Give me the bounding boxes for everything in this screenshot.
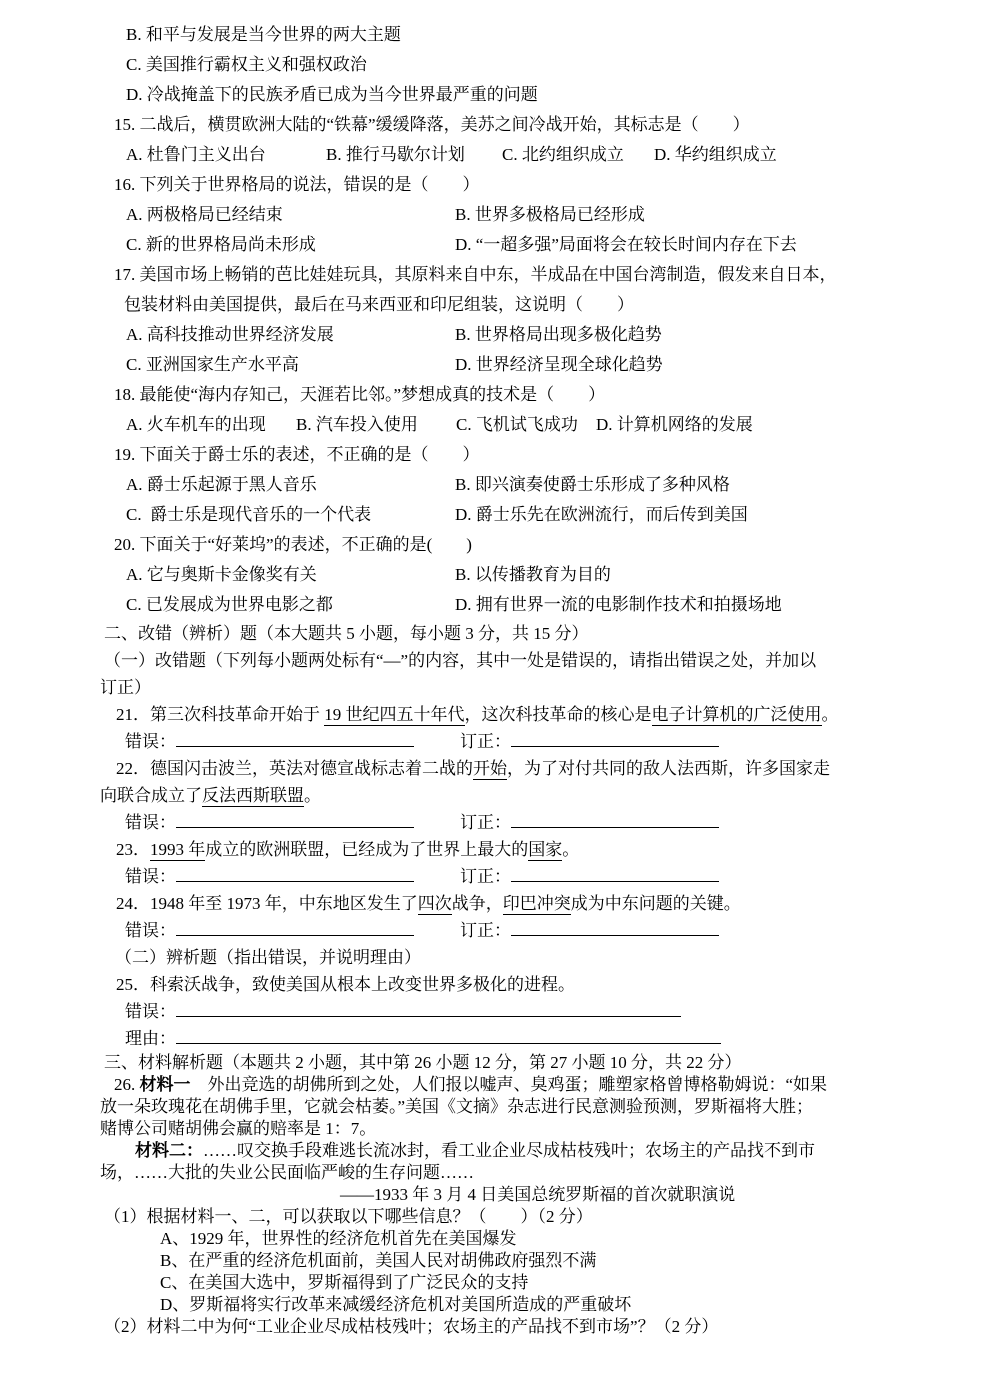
q21-text: 。 xyxy=(822,705,839,724)
q26-material1-line2: 放一朵玫瑰花在胡佛手里，它就会枯萎。”美国《文摘》杂志进行民意测验预测，罗斯福将… xyxy=(100,1096,901,1118)
question-15-options: A. 杜鲁门主义出台B. 推行马歇尔计划C. 北约组织成立D. 华约组织成立 xyxy=(100,140,901,170)
multiple-choice-section: B. 和平与发展是当今世界的两大主题 C. 美国推行霸权主义和强权政治 D. 冷… xyxy=(100,20,901,620)
error-label: 错误： xyxy=(125,921,176,940)
section-2-heading: 二、改错（辨析）题（本大题共 5 小题，每小题 3 分，共 15 分） xyxy=(100,620,901,647)
material-2-text: ……叹交换手段难逃长流冰封，看工业企业尽成枯枝残叶；农场主的产品找不到市 xyxy=(203,1141,815,1160)
q20-option-c: C. 已发展成为世界电影之都 xyxy=(126,590,455,620)
question-20-stem: 20. 下面关于“好莱坞”的表述，不正确的是( ) xyxy=(100,530,901,560)
question-16-stem: 16. 下列关于世界格局的说法，错误的是（ ） xyxy=(100,170,901,200)
question-19-options-row2: C. 爵士乐是现代音乐的一个代表D. 爵士乐先在欧洲流行，而后传到美国 xyxy=(100,500,901,530)
q18-option-a: A. 火车机车的出现 xyxy=(126,410,296,440)
correction-intro-line1: （一）改错题（下列每小题两处标有“—”的内容，其中一处是错误的，请指出错误之处，… xyxy=(100,647,901,674)
q23-stem: 23．1993 年成立的欧洲联盟，已经成为了世界上最大的国家。 xyxy=(100,836,901,863)
q20-option-d: D. 拥有世界一流的电影制作技术和拍摄场地 xyxy=(455,595,782,614)
question-19-options-row1: A. 爵士乐起源于黑人音乐B. 即兴演奏使爵士乐形成了多种风格 xyxy=(100,470,901,500)
q26-sub1-option-a: A、1929 年，世界性的经济危机首先在美国爆发 xyxy=(100,1228,901,1250)
q21-underlined-1: 19 世纪四五十年代 xyxy=(324,705,464,726)
material-source-line: ——1933 年 3 月 4 日美国总统罗斯福的首次就职演说 xyxy=(100,1184,901,1206)
error-blank-line xyxy=(176,812,414,828)
error-blank-line xyxy=(176,866,414,882)
correct-label: 订正： xyxy=(460,732,511,751)
error-label: 错误： xyxy=(125,732,176,751)
q21-text: ，这次科技革命的核心是 xyxy=(465,705,652,724)
q17-option-b: B. 世界格局出现多极化趋势 xyxy=(455,325,662,344)
error-label: 错误： xyxy=(125,1002,176,1021)
q14-option-b: B. 和平与发展是当今世界的两大主题 xyxy=(100,20,901,50)
q14-option-d: D. 冷战掩盖下的民族矛盾已成为当今世界最严重的问题 xyxy=(100,80,901,110)
correct-blank-line xyxy=(511,920,719,936)
correct-blank-line xyxy=(511,866,719,882)
correction-section: 二、改错（辨析）题（本大题共 5 小题，每小题 3 分，共 15 分） （一）改… xyxy=(100,620,901,1052)
q16-option-a: A. 两极格局已经结束 xyxy=(126,200,455,230)
q20-option-a: A. 它与奥斯卡金像奖有关 xyxy=(126,560,455,590)
q19-option-a: A. 爵士乐起源于黑人音乐 xyxy=(126,470,455,500)
exam-paper-page: B. 和平与发展是当今世界的两大主题 C. 美国推行霸权主义和强权政治 D. 冷… xyxy=(0,0,987,1399)
q19-option-c: C. 爵士乐是现代音乐的一个代表 xyxy=(126,500,455,530)
q25-reason-row: 理由： xyxy=(100,1025,901,1052)
section-3-heading: 三、材料解析题（本题共 2 小题，其中第 26 小题 12 分，第 27 小题 … xyxy=(100,1052,901,1074)
q26-number: 26. xyxy=(114,1075,140,1094)
q14-option-c: C. 美国推行霸权主义和强权政治 xyxy=(100,50,901,80)
q24-underlined-2: 印巴冲突 xyxy=(503,894,571,915)
question-16-options-row2: C. 新的世界格局尚未形成D. “一超多强”局面将会在较长时间内存在下去 xyxy=(100,230,901,260)
correction-intro-line2: 订正） xyxy=(100,674,901,701)
q22-text: 22．德国闪击波兰，英法对德宣战标志着二战的 xyxy=(116,759,473,778)
q26-sub1-option-b: B、在严重的经济危机面前，美国人民对胡佛政府强烈不满 xyxy=(100,1250,901,1272)
correct-blank-line xyxy=(511,812,719,828)
error-blank-line xyxy=(176,920,414,936)
q19-option-b: B. 即兴演奏使爵士乐形成了多种风格 xyxy=(455,475,730,494)
q17-option-a: A. 高科技推动世界经济发展 xyxy=(126,320,455,350)
q22-text: 。 xyxy=(304,786,321,805)
q22-stem-line1: 22．德国闪击波兰，英法对德宣战标志着二战的开始，为了对付共同的敌人法西斯，许多… xyxy=(100,755,901,782)
material-1-label: 材料一 xyxy=(140,1075,191,1094)
q26-material1-line3: 赌博公司赌胡佛会赢的赔率是 1：7。 xyxy=(100,1118,901,1140)
q17-option-d: D. 世界经济呈现全球化趋势 xyxy=(455,355,663,374)
q21-answer-row: 错误：订正： xyxy=(100,728,901,755)
question-17-stem-line1: 17. 美国市场上畅销的芭比娃娃玩具，其原料来自中东，半成品在中国台湾制造，假发… xyxy=(100,260,901,290)
q15-option-a: A. 杜鲁门主义出台 xyxy=(126,140,326,170)
q17-option-c: C. 亚洲国家生产水平高 xyxy=(126,350,455,380)
q21-text: 21．第三次科技革命开始于 xyxy=(116,705,324,724)
q16-option-d: D. “一超多强”局面将会在较长时间内存在下去 xyxy=(455,235,797,254)
q26-material2-line1: 材料二：……叹交换手段难逃长流冰封，看工业企业尽成枯枝残叶；农场主的产品找不到市 xyxy=(100,1140,901,1162)
correct-label: 订正： xyxy=(460,813,511,832)
q19-option-d: D. 爵士乐先在欧洲流行，而后传到美国 xyxy=(455,505,748,524)
q23-text: 23． xyxy=(116,840,150,859)
q22-underlined-1: 开始 xyxy=(473,759,507,780)
q16-option-b: B. 世界多极格局已经形成 xyxy=(455,205,645,224)
question-17-options-row2: C. 亚洲国家生产水平高D. 世界经济呈现全球化趋势 xyxy=(100,350,901,380)
question-16-options-row1: A. 两极格局已经结束B. 世界多极格局已经形成 xyxy=(100,200,901,230)
q22-underlined-2: 反法西斯联盟 xyxy=(202,786,304,807)
q15-option-b: B. 推行马歇尔计划 xyxy=(326,140,502,170)
error-blank-line xyxy=(176,1001,681,1017)
q26-sub1-option-d: D、罗斯福将实行改革来减缓经济危机对美国所造成的严重破坏 xyxy=(100,1294,901,1316)
q25-error-row: 错误： xyxy=(100,998,901,1025)
q26-sub1-option-c: C、在美国大选中，罗斯福得到了广泛民众的支持 xyxy=(100,1272,901,1294)
analysis-subheading: （二）辨析题（指出错误，并说明理由） xyxy=(100,944,901,971)
q24-underlined-1: 四次 xyxy=(418,894,452,915)
q23-underlined-1: 1993 年 xyxy=(150,840,205,861)
material-1-text: 外出竞选的胡佛所到之处，人们报以嘘声、臭鸡蛋；雕塑家格曾博格勒姆说：“如果 xyxy=(191,1075,828,1094)
error-blank-line xyxy=(176,731,414,747)
error-label: 错误： xyxy=(125,867,176,886)
q24-stem: 24．1948 年至 1973 年，中东地区发生了四次战争，印巴冲突成为中东问题… xyxy=(100,890,901,917)
error-label: 错误： xyxy=(125,813,176,832)
material-2-label: 材料二： xyxy=(135,1141,203,1160)
q22-text: 向联合成立了 xyxy=(100,786,202,805)
q20-option-b: B. 以传播教育为目的 xyxy=(455,565,611,584)
q24-text: 战争， xyxy=(452,894,503,913)
q26-sub2-stem: （2）材料二中为何“工业企业尽成枯枝残叶；农场主的产品找不到市场”？（2 分） xyxy=(100,1316,901,1338)
correct-blank-line xyxy=(511,731,719,747)
q23-text: 。 xyxy=(562,840,579,859)
q24-answer-row: 错误：订正： xyxy=(100,917,901,944)
q21-underlined-2: 电子计算机的广泛使用 xyxy=(652,705,822,726)
q18-option-b: B. 汽车投入使用 xyxy=(296,410,456,440)
q18-option-c: C. 飞机试飞成功 xyxy=(456,410,596,440)
question-18-stem: 18. 最能使“海内存知己，天涯若比邻。”梦想成真的技术是（ ） xyxy=(100,380,901,410)
question-18-options: A. 火车机车的出现B. 汽车投入使用C. 飞机试飞成功D. 计算机网络的发展 xyxy=(100,410,901,440)
q15-option-c: C. 北约组织成立 xyxy=(502,140,654,170)
q24-text: 成为中东问题的关键。 xyxy=(571,894,741,913)
correct-label: 订正： xyxy=(460,867,511,886)
q21-stem: 21．第三次科技革命开始于 19 世纪四五十年代，这次科技革命的核心是电子计算机… xyxy=(100,701,901,728)
q26-material2-line2: 场，……大批的失业公民面临严峻的生存问题…… xyxy=(100,1162,901,1184)
question-17-options-row1: A. 高科技推动世界经济发展B. 世界格局出现多极化趋势 xyxy=(100,320,901,350)
q16-option-c: C. 新的世界格局尚未形成 xyxy=(126,230,455,260)
material-analysis-section: 三、材料解析题（本题共 2 小题，其中第 26 小题 12 分，第 27 小题 … xyxy=(100,1052,901,1338)
q23-text: 成立的欧洲联盟，已经成为了世界上最大的 xyxy=(205,840,528,859)
q15-option-d: D. 华约组织成立 xyxy=(654,140,777,170)
question-19-stem: 19. 下面关于爵士乐的表述，不正确的是（ ） xyxy=(100,440,901,470)
q18-option-d: D. 计算机网络的发展 xyxy=(596,410,753,440)
q23-underlined-2: 国家 xyxy=(528,840,562,861)
q22-stem-line2: 向联合成立了反法西斯联盟。 xyxy=(100,782,901,809)
q24-text: 24．1948 年至 1973 年，中东地区发生了 xyxy=(116,894,418,913)
correct-label: 订正： xyxy=(460,921,511,940)
reason-label: 理由： xyxy=(125,1029,176,1048)
q22-text: ，为了对付共同的敌人法西斯，许多国家走 xyxy=(507,759,830,778)
reason-blank-line xyxy=(176,1028,721,1044)
q23-answer-row: 错误：订正： xyxy=(100,863,901,890)
question-20-options-row1: A. 它与奥斯卡金像奖有关B. 以传播教育为目的 xyxy=(100,560,901,590)
question-20-options-row2: C. 已发展成为世界电影之都D. 拥有世界一流的电影制作技术和拍摄场地 xyxy=(100,590,901,620)
q22-answer-row: 错误：订正： xyxy=(100,809,901,836)
q25-stem: 25．科索沃战争，致使美国从根本上改变世界多极化的进程。 xyxy=(100,971,901,998)
q26-material1-line1: 26. 材料一 外出竞选的胡佛所到之处，人们报以嘘声、臭鸡蛋；雕塑家格曾博格勒姆… xyxy=(100,1074,901,1096)
q26-sub1-stem: （1）根据材料一、二，可以获取以下哪些信息？（ ）（2 分） xyxy=(100,1206,901,1228)
question-17-stem-line2: 包装材料由美国提供，最后在马来西亚和印尼组装，这说明（ ） xyxy=(100,290,901,320)
question-15-stem: 15. 二战后，横贯欧洲大陆的“铁幕”缓缓降落，美苏之间冷战开始，其标志是（ ） xyxy=(100,110,901,140)
